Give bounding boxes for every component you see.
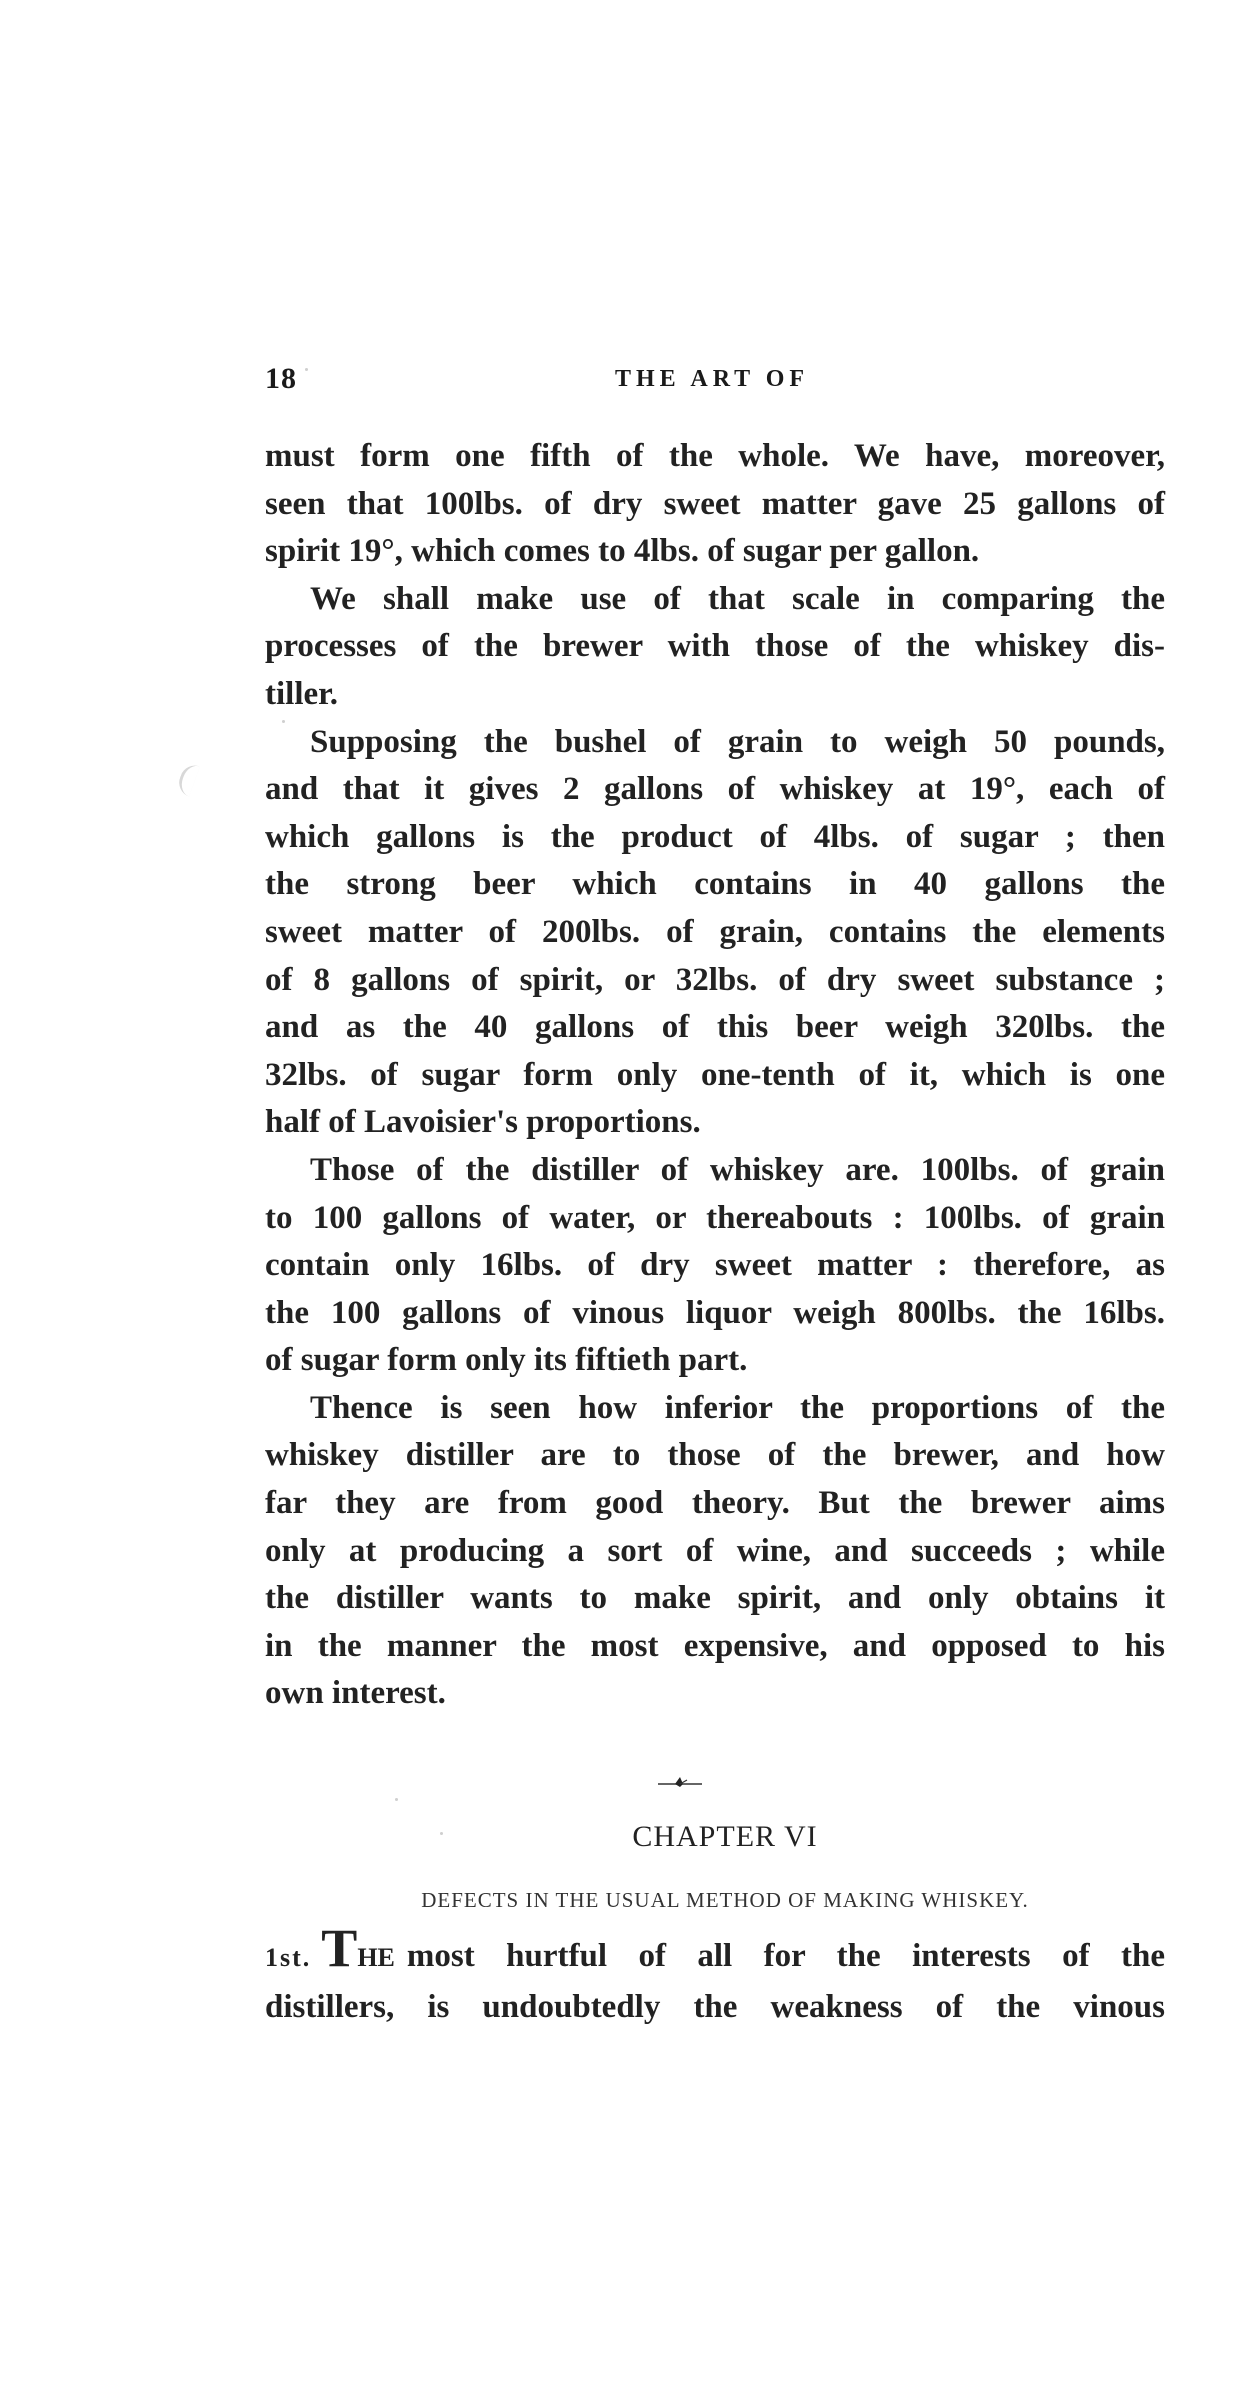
text-line: whiskey distiller are to those of the br… (265, 1432, 1165, 1480)
text-line: only at producing a sort of wine, and su… (265, 1528, 1165, 1576)
text-line: of 8 gallons of spirit, or 32lbs. of dry… (265, 957, 1165, 1005)
text-line: processes of the brewer with those of th… (265, 623, 1165, 671)
margin-pencil-mark (175, 761, 200, 796)
chapter-first-line: 1st. T HE most hurtful of all for the in… (265, 1928, 1165, 1984)
text-line: 32lbs. of sugar form only one-tenth of i… (265, 1052, 1165, 1100)
paragraph-start-line: Thence is seen how inferior the proporti… (265, 1385, 1165, 1433)
text-line: spirit 19°, which comes to 4lbs. of suga… (265, 528, 1165, 576)
text-line: which gallons is the product of 4lbs. of… (265, 814, 1165, 862)
text-line: distillers, is undoubtedly the weakness … (265, 1984, 1165, 2032)
text-line: far they are from good theory. But the b… (265, 1480, 1165, 1528)
chapter-title: CHAPTER VI (265, 1820, 1185, 1854)
text-line: of sugar form only its fiftieth part. (265, 1337, 1165, 1385)
text-line: to 100 gallons of water, or thereabouts … (265, 1195, 1165, 1243)
paper-speck (395, 1798, 398, 1801)
text-line: and as the 40 gallons of this beer weigh… (265, 1004, 1165, 1052)
text-line: and that it gives 2 gallons of whiskey a… (265, 766, 1165, 814)
text-line: in the manner the most expensive, and op… (265, 1623, 1165, 1671)
text-line: sweet matter of 200lbs. of grain, contai… (265, 909, 1165, 957)
chapter-subtitle: DEFECTS IN THE USUAL METHOD OF MAKING WH… (265, 1888, 1185, 1913)
text-line: the distiller wants to make spirit, and … (265, 1575, 1165, 1623)
page-number: 18 (265, 362, 297, 396)
drop-cap: T (321, 1928, 357, 1968)
body-text: must form one fifth of the whole. We hav… (265, 433, 1165, 1718)
text-line: contain only 16lbs. of dry sweet matter … (265, 1242, 1165, 1290)
text-line: the 100 gallons of vinous liquor weigh 8… (265, 1290, 1165, 1338)
text-line: must form one fifth of the whole. We hav… (265, 433, 1165, 481)
text-line: seen that 100lbs. of dry sweet matter ga… (265, 481, 1165, 529)
paragraph-start-line: Those of the distiller of whiskey are. 1… (265, 1147, 1165, 1195)
text-line: half of Lavoisier's proportions. (265, 1099, 1165, 1147)
running-title: THE ART OF (615, 366, 809, 393)
chapter-body: 1st. T HE most hurtful of all for the in… (265, 1928, 1165, 2032)
paragraph-start-line: We shall make use of that scale in compa… (265, 576, 1165, 624)
text-line: the strong beer which contains in 40 gal… (265, 861, 1165, 909)
first-line-text: most hurtful of all for the interests of… (407, 1928, 1165, 1984)
small-caps-word: HE (357, 1930, 395, 1986)
running-head: 18 THE ART OF (265, 362, 1165, 402)
text-line: own interest. (265, 1670, 1165, 1718)
text-line: tiller. (265, 671, 1165, 719)
paragraph-start-line: Supposing the bushel of grain to weigh 5… (265, 719, 1165, 767)
book-page: 18 THE ART OF must form one fifth of the… (0, 0, 1234, 2402)
section-divider-ornament (657, 1775, 703, 1789)
section-ordinal: 1st. (265, 1930, 311, 1986)
